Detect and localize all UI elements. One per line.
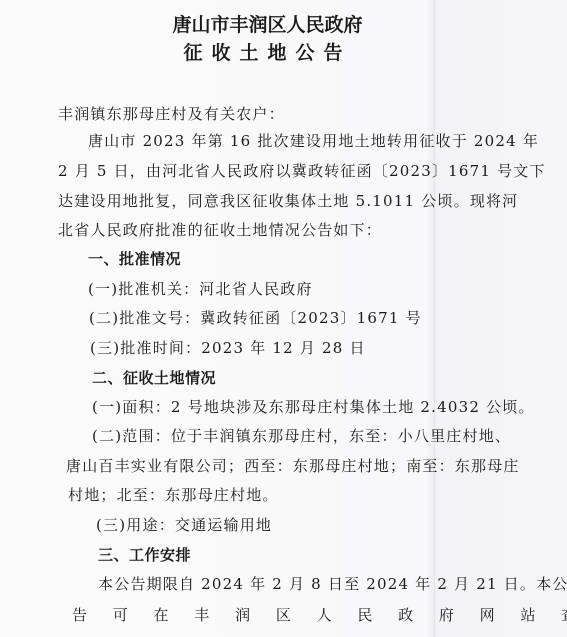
approval-authority: (一)批准机关：河北省人民政府 [88,278,313,299]
approval-date: (三)批准时间：2023 年 12 月 28 日 [90,337,366,358]
section-3-heading: 三、工作安排 [98,544,191,565]
intro-line-2: 2 月 5 日，由河北省人民政府以冀政转征函〔2023〕1671 号文下 [58,160,546,181]
document-page: 唐山市丰润区人民政府 征收土地公告 丰润镇东那母庄村及有关农户： 唐山市 202… [0,0,567,637]
salutation: 丰润镇东那母庄村及有关农户： [58,103,285,124]
land-scope-line-2: 唐山百丰实业有限公司；西至：东那母庄村地；南至：东那母庄 [66,455,520,476]
intro-line-1: 唐山市 2023 年第 16 批次建设用地土地转用征收于 2024 年 [88,130,539,151]
section-2-heading: 二、征收土地情况 [92,367,216,388]
intro-line-4: 北省人民政府批准的征收土地情况公告如下： [58,219,382,240]
notice-period: 本公告期限自 2024 年 2 月 8 日至 2024 年 2 月 21 日。本… [98,573,567,594]
land-area: (一)面积：2 号地块涉及东那母庄村集体土地 2.4032 公顷。 [92,396,535,417]
page-fold-line [434,0,435,637]
approval-document-number: (二)批准文号：冀政转征函〔2023〕1671 号 [89,307,422,328]
section-1-heading: 一、批准情况 [88,248,181,269]
document-title-issuer: 唐山市丰润区人民政府 [0,10,551,37]
website-query-line: 告 可 在 丰 润 区 人 民 政 府 网 站 查 询 ， 网 址 为 [72,604,567,625]
land-usage: (三)用途：交通运输用地 [96,514,272,535]
land-scope-line-1: (二)范围：位于丰润镇东那母庄村，东至：小八里庄村地、 [92,425,511,446]
document-title-notice: 征收土地公告 [0,38,551,65]
land-scope-line-3: 村地；北至：东那母庄村地。 [68,484,279,505]
intro-line-3: 达建设用地批复，同意我区征收集体土地 5.1011 公顷。现将河 [58,190,518,211]
